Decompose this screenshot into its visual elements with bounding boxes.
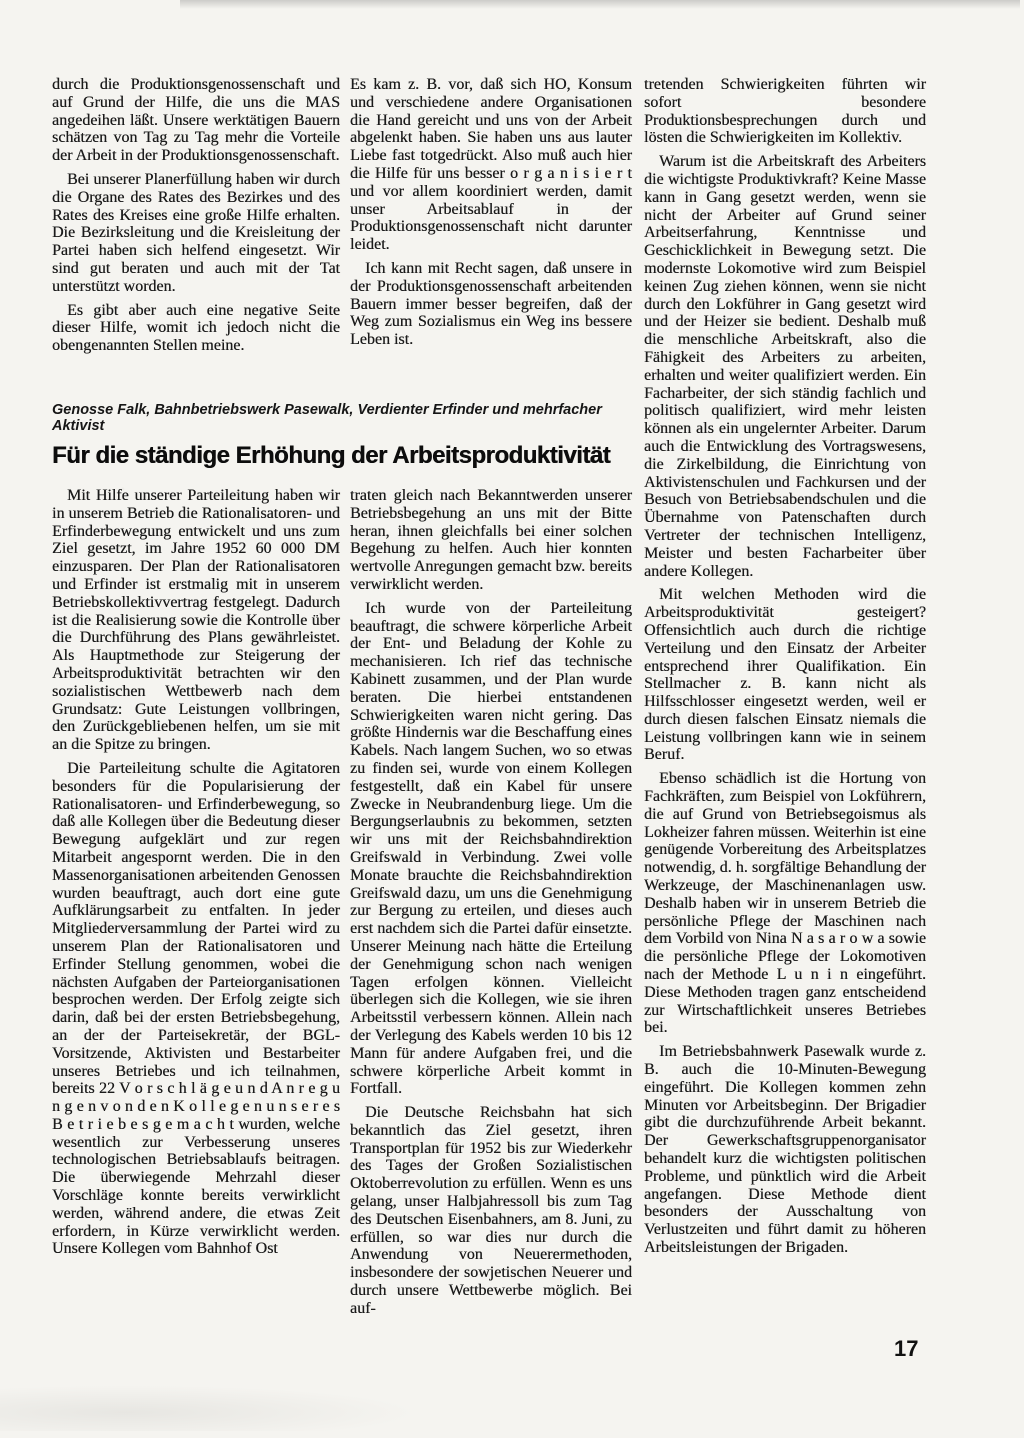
page-number: 17: [894, 1336, 940, 1362]
scanned-magazine-page: durch die Produktionsgenossenschaft und …: [0, 0, 1024, 1438]
article-column-3: tretenden Schwierigkeiten führten wir so…: [644, 76, 926, 1366]
paragraph: Die Parteileitung schulte die Agitatoren…: [52, 760, 340, 1258]
article-column-1: Mit Hilfe unserer Parteileitung haben wi…: [52, 487, 340, 1357]
paragraph: Die Deutsche Reichsbahn hat sich bekannt…: [350, 1104, 632, 1318]
paragraph: Es kam z. B. vor, daß sich HO, Konsum un…: [350, 76, 632, 254]
paragraph: Im Betriebsbahnwerk Pasewalk wurde z. B.…: [644, 1043, 926, 1257]
paragraph: Mit Hilfe unserer Parteileitung haben wi…: [52, 487, 340, 754]
article-column-2: traten gleich nach Bekanntwerden unserer…: [350, 487, 632, 1357]
paragraph: Ebenso schädlich ist die Hortung von Fac…: [644, 770, 926, 1037]
scan-smudge-artifact: [180, 0, 1020, 9]
previous-article-column-1: durch die Produktionsgenossenschaft und …: [52, 76, 340, 406]
paragraph: Ich kann mit Recht sagen, daß unsere in …: [350, 260, 632, 349]
article-byline: Genosse Falk, Bahnbetriebswerk Pasewalk,…: [52, 402, 634, 434]
paragraph: Bei unserer Planerfüllung haben wir durc…: [52, 171, 340, 296]
scan-blotch-artifact: [0, 1385, 420, 1431]
article-title: Für die ständige Erhöhung der Arbeitspro…: [52, 443, 634, 469]
paragraph: Mit welchen Methoden wird die Arbeitspro…: [644, 586, 926, 764]
paragraph: tretenden Schwierigkeiten führten wir so…: [644, 76, 926, 147]
paragraph: Es gibt aber auch eine negative Seite di…: [52, 302, 340, 355]
paragraph: Warum ist die Arbeitskraft des Arbeiters…: [644, 153, 926, 580]
paragraph: Ich wurde von der Parteileitung beauftra…: [350, 600, 632, 1098]
paragraph: durch die Produktionsgenossenschaft und …: [52, 76, 340, 165]
previous-article-column-2: Es kam z. B. vor, daß sich HO, Konsum un…: [350, 76, 632, 406]
paragraph: traten gleich nach Bekanntwerden unserer…: [350, 487, 632, 594]
article-header: Genosse Falk, Bahnbetriebswerk Pasewalk,…: [52, 402, 634, 469]
